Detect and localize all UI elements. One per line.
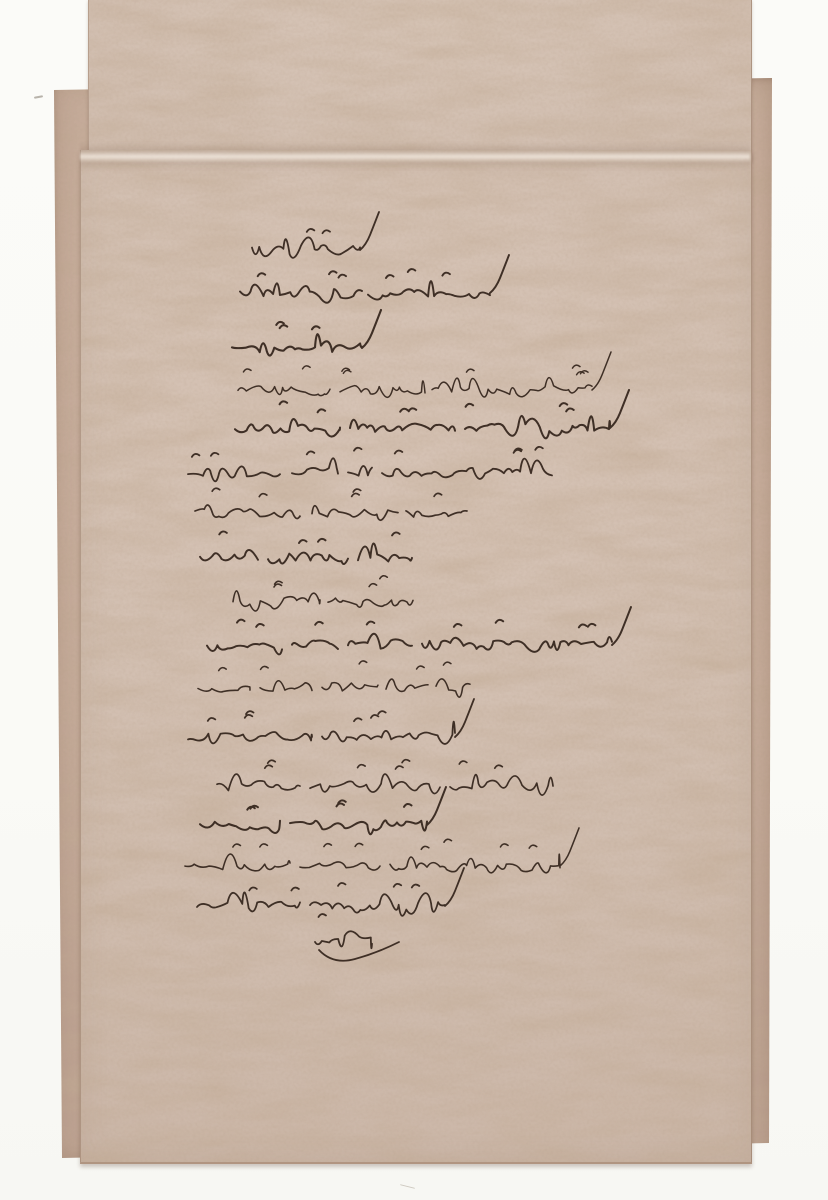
paper-texture <box>81 150 751 1162</box>
stray-scanner-mark <box>400 1184 415 1189</box>
paper-texture <box>89 0 751 162</box>
scanner-bed <box>0 0 828 1200</box>
stray-pencil-mark <box>34 95 43 99</box>
letter-page <box>80 150 752 1164</box>
letter-top-flap <box>88 0 752 162</box>
